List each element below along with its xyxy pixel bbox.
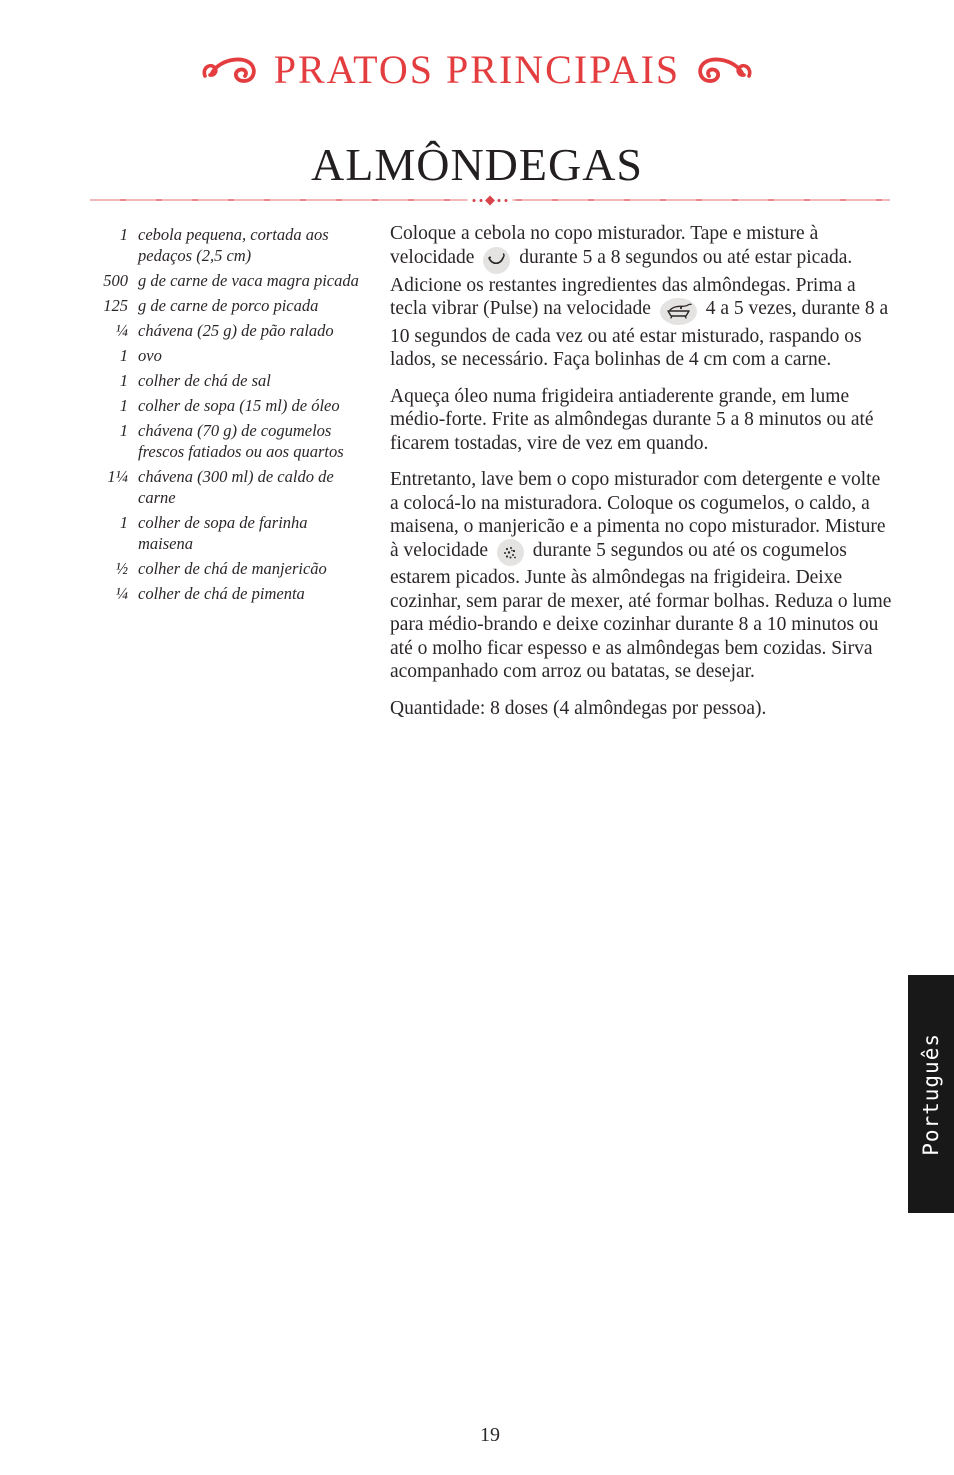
section-title: PRATOS PRINCIPAIS [274, 46, 680, 93]
ingredient-qty: 1 [98, 345, 138, 366]
ingredient-text: chávena (25 g) de pão ralado [138, 320, 360, 341]
ingredient-qty: 1 [98, 224, 138, 266]
instruction-paragraph: Coloque a cebola no copo misturador. Tap… [390, 222, 892, 372]
language-tab-label: Português [919, 1033, 943, 1156]
ingredient-row: ½ colher de chá de manjericão [98, 558, 360, 579]
stir-speed-icon [483, 247, 510, 274]
recipe-title: ALMÔNDEGAS [0, 138, 954, 191]
ingredient-row: 1¼ chávena (300 ml) de caldo de carne [98, 466, 360, 508]
ingredient-qty: ¼ [98, 583, 138, 604]
flourish-left-icon [202, 50, 258, 90]
ingredient-qty: 500 [98, 270, 138, 291]
ingredient-text: ovo [138, 345, 360, 366]
ingredient-text: chávena (70 g) de cogumelos frescos fati… [138, 420, 360, 462]
ingredient-row: ¼ colher de chá de pimenta [98, 583, 360, 604]
title-divider [90, 196, 890, 204]
ingredient-row: 1 cebola pequena, cortada aos pedaços (2… [98, 224, 360, 266]
ingredient-text: colher de chá de pimenta [138, 583, 360, 604]
section-header: PRATOS PRINCIPAIS [0, 46, 954, 93]
ingredient-text: colher de sopa (15 ml) de óleo [138, 395, 360, 416]
ingredient-qty: 1 [98, 420, 138, 462]
instruction-paragraph: Aqueça óleo numa frigideira antiaderente… [390, 385, 892, 456]
flourish-right-icon [696, 50, 752, 90]
ingredient-row: 500 g de carne de vaca magra picada [98, 270, 360, 291]
ingredient-row: 1 colher de sopa (15 ml) de óleo [98, 395, 360, 416]
chop-speed-icon [497, 539, 524, 566]
ingredient-row: 125 g de carne de porco picada [98, 295, 360, 316]
ingredient-row: 1 colher de sopa de farinha maisena [98, 512, 360, 554]
ingredient-row: 1 colher de chá de sal [98, 370, 360, 391]
ingredient-text: colher de chá de sal [138, 370, 360, 391]
ingredient-text: colher de sopa de farinha maisena [138, 512, 360, 554]
language-tab-portugues: Português [908, 975, 954, 1213]
ingredient-row: 1 ovo [98, 345, 360, 366]
ingredient-row: 1 chávena (70 g) de cogumelos frescos fa… [98, 420, 360, 462]
page-number: 19 [90, 1424, 890, 1447]
ingredient-row: ¼ chávena (25 g) de pão ralado [98, 320, 360, 341]
ingredient-text: cebola pequena, cortada aos pedaços (2,5… [138, 224, 360, 266]
yield-text: Quantidade: 8 doses (4 almôndegas por pe… [390, 697, 892, 721]
ingredient-qty: ½ [98, 558, 138, 579]
ingredient-text: g de carne de vaca magra picada [138, 270, 360, 291]
instructions: Coloque a cebola no copo misturador. Tap… [390, 222, 892, 733]
ingredient-qty: 1 [98, 370, 138, 391]
instruction-paragraph: Entretanto, lave bem o copo misturador c… [390, 468, 892, 684]
ingredient-text: chávena (300 ml) de caldo de carne [138, 466, 360, 508]
ingredient-text: g de carne de porco picada [138, 295, 360, 316]
ingredient-qty: 1 [98, 512, 138, 554]
ingredient-qty: 125 [98, 295, 138, 316]
pulse-speed-icon [660, 298, 697, 325]
ingredients-list: 1 cebola pequena, cortada aos pedaços (2… [98, 224, 360, 608]
ingredient-qty: 1 [98, 395, 138, 416]
ingredient-text: colher de chá de manjericão [138, 558, 360, 579]
divider-diamond-ornament-icon [468, 194, 513, 206]
recipe-page: PRATOS PRINCIPAIS ALMÔNDEGAS 1 cebola pe… [0, 0, 954, 1475]
ingredient-qty: 1¼ [98, 466, 138, 508]
ingredient-qty: ¼ [98, 320, 138, 341]
